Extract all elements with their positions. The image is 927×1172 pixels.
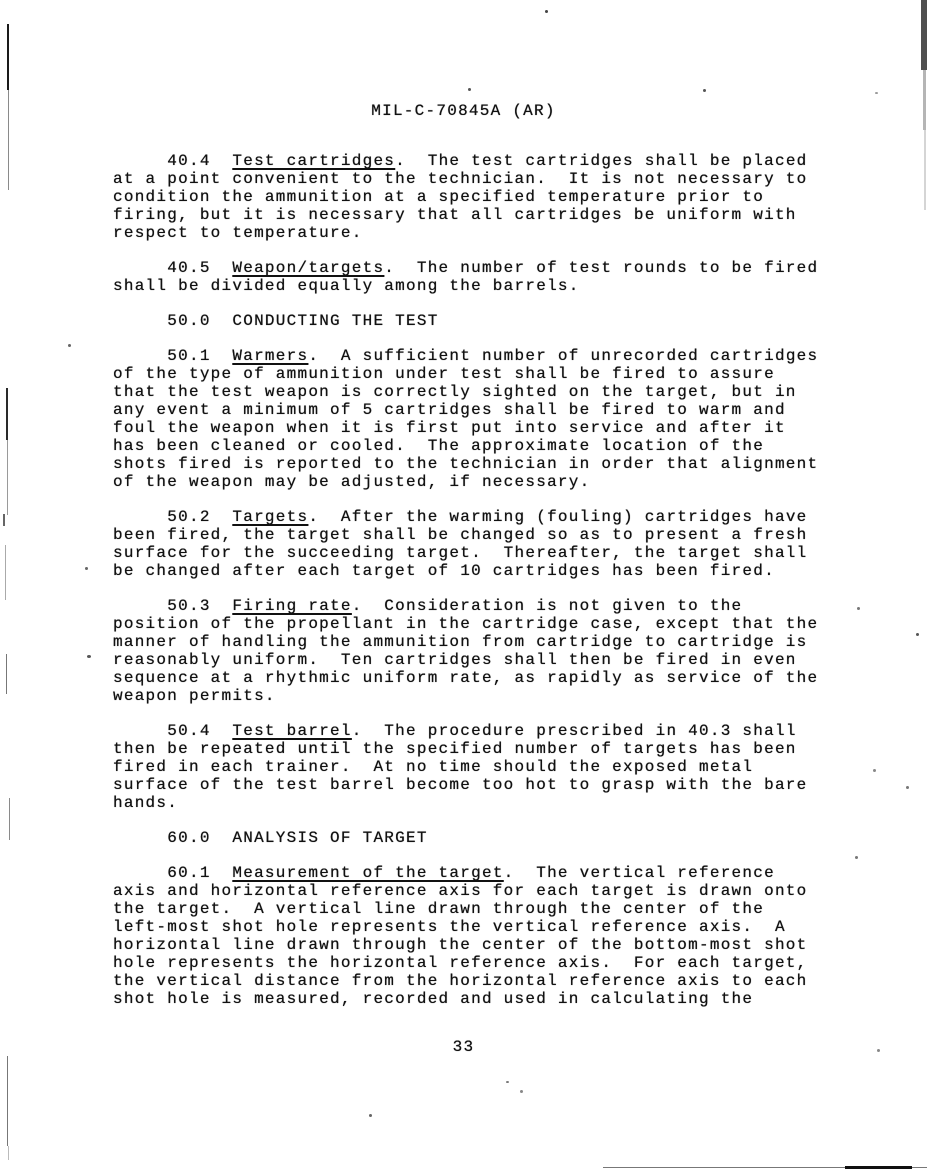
- scan-speck: [855, 856, 858, 859]
- text-line: 50.3 Firing rate. Consideration is not g…: [113, 597, 853, 615]
- scan-artifact-bar: [921, 0, 927, 70]
- scan-artifact-line: [7, 24, 9, 90]
- scan-artifact-line: [7, 1056, 8, 1146]
- section-paragraph: 60.1 Measurement of the target. The vert…: [113, 864, 853, 1008]
- scan-artifact-line: [845, 1166, 912, 1169]
- section-heading: 50.0 CONDUCTING THE TEST: [113, 312, 853, 330]
- text-line: at a point convenient to the technician.…: [113, 170, 853, 188]
- scan-artifact-bar: [923, 70, 926, 130]
- document-id-header: MIL-C-70845A (AR): [0, 102, 927, 120]
- text-line: that the test weapon is correctly sighte…: [113, 383, 853, 401]
- text-line: shots fired is reported to the technicia…: [113, 455, 853, 473]
- text-line: sequence at a rhythmic uniform rate, as …: [113, 669, 853, 687]
- text-line: the target. A vertical line drawn throug…: [113, 900, 853, 918]
- document-body: 40.4 Test cartridges. The test cartridge…: [113, 152, 853, 1025]
- scan-speck: [873, 769, 876, 772]
- text-line: firing, but it is necessary that all car…: [113, 206, 853, 224]
- scan-artifact-line: [8, 90, 9, 190]
- scan-speck: [85, 567, 88, 570]
- text-line: left-most shot hole represents the verti…: [113, 918, 853, 936]
- scan-speck: [520, 1090, 523, 1093]
- scan-speck: [703, 89, 706, 92]
- scan-speck: [468, 88, 471, 91]
- text-line: weapon permits.: [113, 687, 853, 705]
- scan-artifact-line: [9, 798, 10, 840]
- section-paragraph: 40.4 Test cartridges. The test cartridge…: [113, 152, 853, 242]
- scan-artifact-line: [5, 545, 6, 600]
- section-title: Measurement of the target: [232, 864, 503, 882]
- text-line: any event a minimum of 5 cartridges shal…: [113, 401, 853, 419]
- text-line: of the type of ammunition under test sha…: [113, 365, 853, 383]
- scan-speck: [87, 655, 91, 658]
- scan-artifact-bar: [924, 130, 926, 210]
- text-line: shall be divided equally among the barre…: [113, 277, 853, 295]
- section-paragraph: 50.2 Targets. After the warming (fouling…: [113, 508, 853, 580]
- section-title: Test barrel: [232, 722, 351, 740]
- scan-speck: [545, 10, 548, 13]
- text-line: condition the ammunition at a specified …: [113, 188, 853, 206]
- text-line: foul the weapon when it is first put int…: [113, 419, 853, 437]
- text-line: of the weapon may be adjusted, if necess…: [113, 473, 853, 491]
- text-line: surface for the succeeding target. There…: [113, 544, 853, 562]
- section-title: Targets: [232, 508, 308, 526]
- text-line: has been cleaned or cooled. The approxim…: [113, 437, 853, 455]
- section-paragraph: 40.5 Weapon/targets. The number of test …: [113, 259, 853, 295]
- scanned-document-page: MIL-C-70845A (AR) 40.4 Test cartridges. …: [0, 0, 927, 1172]
- section-paragraph: 50.1 Warmers. A sufficient number of unr…: [113, 347, 853, 491]
- section-title: Test cartridges: [232, 152, 395, 170]
- scan-speck: [875, 92, 878, 94]
- text-line: reasonably uniform. Ten cartridges shall…: [113, 651, 853, 669]
- text-line: manner of handling the ammunition from c…: [113, 633, 853, 651]
- section-title: Warmers: [232, 347, 308, 365]
- text-line: 50.1 Warmers. A sufficient number of unr…: [113, 347, 853, 365]
- text-line: 40.4 Test cartridges. The test cartridge…: [113, 152, 853, 170]
- scan-speck: [916, 633, 919, 636]
- page-number: 33: [0, 1038, 927, 1056]
- text-line: respect to temperature.: [113, 224, 853, 242]
- text-line: 60.0 ANALYSIS OF TARGET: [113, 829, 853, 847]
- text-line: been fired, the target shall be changed …: [113, 526, 853, 544]
- text-line: be changed after each target of 10 cartr…: [113, 562, 853, 580]
- text-line: 60.1 Measurement of the target. The vert…: [113, 864, 853, 882]
- text-line: position of the propellant in the cartri…: [113, 615, 853, 633]
- text-line: surface of the test barrel become too ho…: [113, 776, 853, 794]
- scan-speck: [906, 786, 909, 789]
- section-title: Weapon/targets: [232, 259, 384, 277]
- text-line: fired in each trainer. At no time should…: [113, 758, 853, 776]
- scan-speck: [506, 1081, 509, 1083]
- text-line: axis and horizontal reference axis for e…: [113, 882, 853, 900]
- text-line: shot hole is measured, recorded and used…: [113, 990, 853, 1008]
- text-line: hole represents the horizontal reference…: [113, 954, 853, 972]
- scan-speck: [877, 1049, 880, 1052]
- text-line: 50.0 CONDUCTING THE TEST: [113, 312, 853, 330]
- section-paragraph: 50.3 Firing rate. Consideration is not g…: [113, 597, 853, 705]
- section-paragraph: 50.4 Test barrel. The procedure prescrib…: [113, 722, 853, 812]
- scan-artifact-line: [8, 1146, 9, 1160]
- scan-speck: [68, 344, 71, 347]
- scan-artifact-line: [3, 514, 5, 526]
- scan-speck: [857, 607, 860, 610]
- text-line: hands.: [113, 794, 853, 812]
- scan-artifact-line: [6, 654, 7, 694]
- scan-speck: [369, 1114, 372, 1117]
- text-line: 40.5 Weapon/targets. The number of test …: [113, 259, 853, 277]
- scan-artifact-line: [7, 440, 8, 515]
- text-line: then be repeated until the specified num…: [113, 740, 853, 758]
- text-line: 50.4 Test barrel. The procedure prescrib…: [113, 722, 853, 740]
- text-line: 50.2 Targets. After the warming (fouling…: [113, 508, 853, 526]
- text-line: the vertical distance from the horizonta…: [113, 972, 853, 990]
- section-title: Firing rate: [232, 597, 351, 615]
- section-heading: 60.0 ANALYSIS OF TARGET: [113, 829, 853, 847]
- scan-artifact-line: [6, 388, 8, 440]
- text-line: horizontal line drawn through the center…: [113, 936, 853, 954]
